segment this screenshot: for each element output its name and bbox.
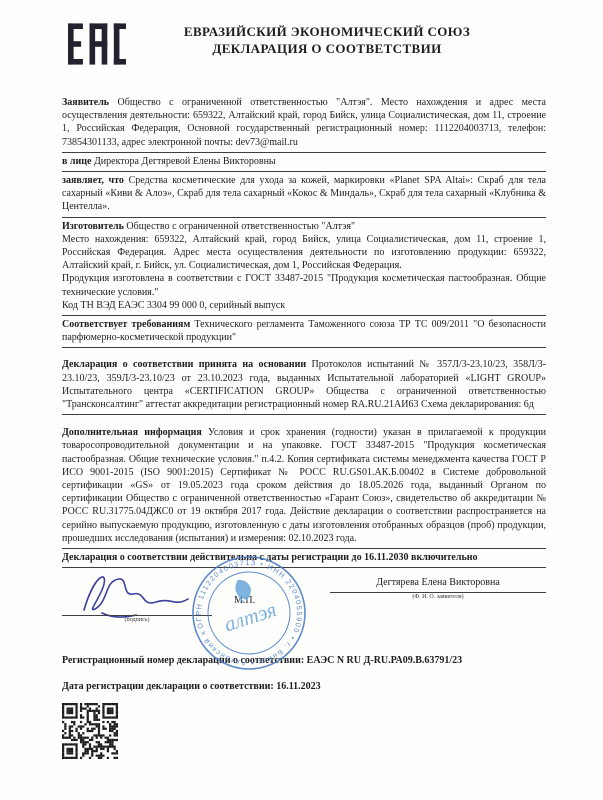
registration-date-label: Дата регистрации декларации о соответств… bbox=[62, 681, 274, 692]
union-title: ЕВРАЗИЙСКИЙ ЭКОНОМИЧЕСКИЙ СОЮЗ bbox=[108, 23, 546, 40]
manufacturer-label: Изготовитель bbox=[62, 221, 124, 232]
declares-label: заявляет, что bbox=[62, 175, 124, 186]
basis-section: Декларация о соответствии принята на осн… bbox=[62, 356, 546, 415]
registration-date-value: 16.11.2023 bbox=[276, 681, 320, 692]
signee-block: Дегтярева Елена Викторовна (Ф. И. О. зая… bbox=[330, 577, 546, 600]
signee-caption: (Ф. И. О. заявителя) bbox=[330, 593, 546, 600]
company-stamp-icon: ОГРН 1112204003713 • ИНН 2204055900 • г.… bbox=[188, 552, 310, 677]
additional-info-text: Условия и срок хранения (годности) указа… bbox=[62, 427, 546, 544]
applicant-label: Заявитель bbox=[62, 97, 109, 108]
additional-info-section: Дополнительная информация Условия и срок… bbox=[62, 424, 546, 549]
basis-label: Декларация о соответствии принята на осн… bbox=[62, 359, 306, 370]
eac-logo-icon bbox=[68, 23, 126, 70]
applicant-section: Заявитель Общество с ограниченной ответс… bbox=[62, 94, 546, 153]
compliance-label: Соответствует требованиям bbox=[62, 319, 190, 330]
declares-text: Средства косметические для ухода за коже… bbox=[62, 175, 546, 212]
registration-number-value: ЕАЭС N RU Д-RU.РА09.В.63791/23 bbox=[307, 655, 462, 666]
manufacturer-name: Общество с ограниченной ответственностью… bbox=[126, 221, 355, 232]
stamp-company-name: алтэя bbox=[221, 597, 279, 636]
signature-area: (подпись) М.П. ОГРН 1112204003713 • ИНН … bbox=[62, 568, 546, 652]
manufacturer-address: Место нахождения: 659322, Алтайский край… bbox=[62, 233, 546, 273]
registration-date-row: Дата регистрации декларации о соответств… bbox=[62, 678, 546, 695]
applicant-text: Общество с ограниченной ответственностью… bbox=[62, 97, 546, 148]
signee-name: Дегтярева Елена Викторовна bbox=[330, 577, 546, 589]
manufacturer-tnved-code: Код ТН ВЭД ЕАЭС 3304 99 000 0, серийный … bbox=[62, 299, 546, 312]
represented-by-section: в лице Директора Дегтяревой Елены Виктор… bbox=[62, 153, 546, 172]
declares-section: заявляет, что Средства косметические для… bbox=[62, 172, 546, 218]
manufacturer-section: Изготовитель Общество с ограниченной отв… bbox=[62, 218, 546, 316]
document-header: ЕВРАЗИЙСКИЙ ЭКОНОМИЧЕСКИЙ СОЮЗ ДЕКЛАРАЦИ… bbox=[62, 20, 546, 76]
represented-by-text: Директора Дегтяревой Елены Викторовны bbox=[94, 156, 276, 167]
represented-by-label: в лице bbox=[62, 156, 91, 167]
document-title: ДЕКЛАРАЦИЯ О СООТВЕТСТВИИ bbox=[108, 40, 546, 57]
qr-code bbox=[62, 703, 118, 759]
manufacturer-gost: Продукция изготовлена в соответствии с Г… bbox=[62, 272, 546, 298]
declaration-document: ЕВРАЗИЙСКИЙ ЭКОНОМИЧЕСКИЙ СОЮЗ ДЕКЛАРАЦИ… bbox=[0, 0, 603, 800]
document-content: ЕВРАЗИЙСКИЙ ЭКОНОМИЧЕСКИЙ СОЮЗ ДЕКЛАРАЦИ… bbox=[62, 20, 546, 759]
compliance-section: Соответствует требованиям Технического р… bbox=[62, 316, 546, 348]
additional-info-label: Дополнительная информация bbox=[62, 427, 202, 438]
